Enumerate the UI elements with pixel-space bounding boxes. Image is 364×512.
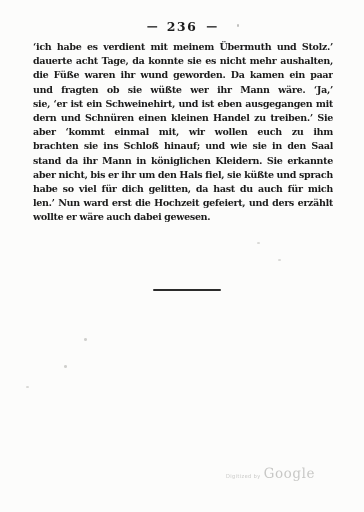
scan-speck (237, 24, 239, 27)
text-line: dern und Schnüren einen kleinen Handel z… (33, 112, 333, 126)
page-header: —236— (0, 19, 364, 34)
header-dash-left: — (147, 20, 158, 33)
text-line: aber nicht, bis er ihr um den Hals fiel,… (33, 169, 333, 183)
text-line: sie, ‘er ist ein Schweinehirt, und ist e… (33, 98, 333, 112)
scan-speck (64, 365, 67, 368)
text-line: ‘ich habe es verdient mit meinem Übermut… (33, 41, 333, 55)
text-line: len.’ Nun ward erst die Hochzeit gefeier… (33, 197, 333, 211)
page-number: 236 (167, 19, 198, 34)
text-line: die Füße waren ihr wund geworden. Da kam… (33, 69, 333, 83)
text-line: aber ‘kommt einmal mit, wir wollen euch … (33, 126, 333, 140)
scan-speck (257, 242, 260, 244)
text-line: habe so viel für dich gelitten, da hast … (33, 183, 333, 197)
text-line-last: wollte er wäre auch dabei gewesen. (33, 211, 333, 225)
watermark-prefix: Digitized by (226, 474, 261, 480)
section-divider (153, 289, 221, 291)
text-line: dauerte acht Tage, da konnte sie es nich… (33, 55, 333, 69)
google-logo: Google (264, 466, 316, 482)
scan-speck (84, 338, 87, 341)
google-watermark: Digitized by Google (226, 466, 315, 482)
header-dash-right: — (206, 20, 217, 33)
text-line: stand da ihr Mann in königlichen Kleider… (33, 155, 333, 169)
text-line: brachten sie ins Schloß hinauf; und wie … (33, 140, 333, 154)
scanned-book-page: —236— ‘ich habe es verdient mit meinem Ü… (0, 0, 364, 512)
text-line: und fragten ob sie wüßte wer ihr Mann wä… (33, 84, 333, 98)
scan-speck (26, 386, 29, 388)
body-text: ‘ich habe es verdient mit meinem Übermut… (33, 41, 333, 225)
scan-speck (278, 259, 281, 261)
